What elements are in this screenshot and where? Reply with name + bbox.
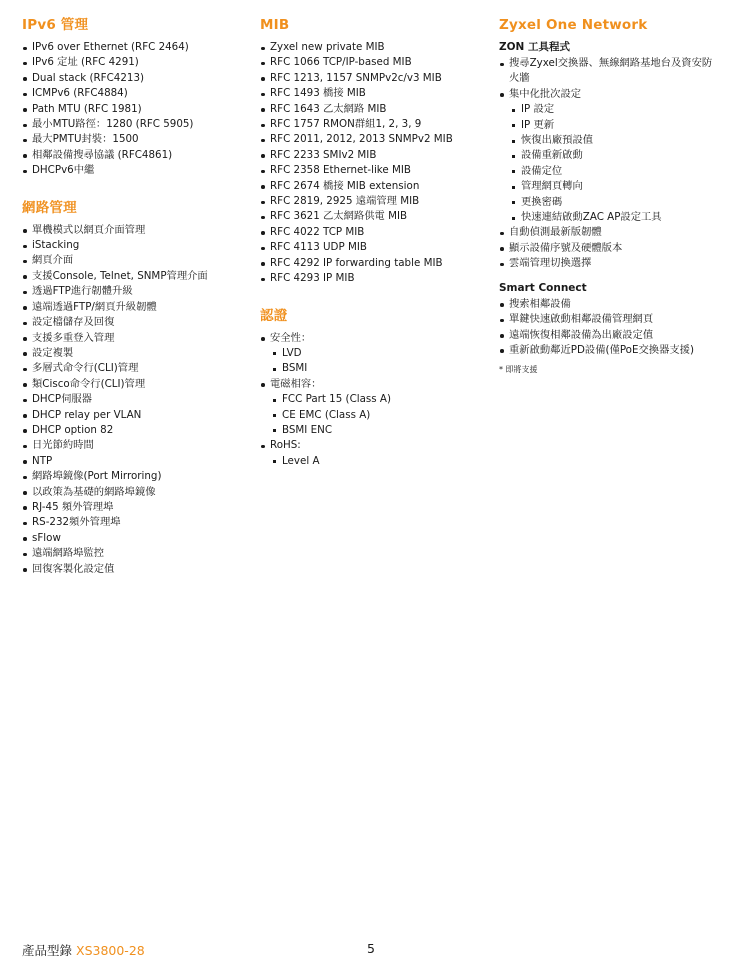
list-item: DHCP option 82 bbox=[22, 423, 247, 438]
list-item: RS-232頻外管理埠 bbox=[22, 515, 247, 530]
column-right: Zyxel One Network ZON 工具程式 搜尋Zyxel交換器、無線… bbox=[499, 16, 734, 376]
list-item: DHCP伺服器 bbox=[22, 392, 247, 407]
list-item: 網路埠鏡像(Port Mirroring) bbox=[22, 469, 247, 484]
certification-list: 安全性： LVD BSMI 電磁相容： FCC Part 15 (Class A… bbox=[260, 331, 485, 470]
list-item: 日光節約時間 bbox=[22, 438, 247, 453]
list-item: RFC 4292 IP forwarding table MIB bbox=[260, 256, 485, 271]
list-item: RFC 1213, 1157 SNMPv2c/v3 MIB bbox=[260, 71, 485, 86]
sub-list-item: IP 設定 bbox=[499, 102, 734, 117]
list-item: DHCPv6中繼 bbox=[22, 163, 247, 178]
section-title-zon: Zyxel One Network bbox=[499, 16, 734, 34]
list-item: DHCP relay per VLAN bbox=[22, 408, 247, 423]
sub-list-item: IP 更新 bbox=[499, 118, 734, 133]
list-item: RFC 2358 Ethernet-like MIB bbox=[260, 163, 485, 178]
sub-list-item: FCC Part 15 (Class A) bbox=[260, 392, 485, 407]
list-item: RFC 1066 TCP/IP-based MIB bbox=[260, 55, 485, 70]
section-title-certification: 認證 bbox=[260, 307, 485, 325]
sub-list-item: 更換密碼 bbox=[499, 195, 734, 210]
list-item: 雲端管理切換選擇 bbox=[499, 256, 734, 271]
sub-list-item: BSMI bbox=[260, 361, 485, 376]
list-item: Dual stack (RFC4213) bbox=[22, 71, 247, 86]
sub-list-item: BSMI ENC bbox=[260, 423, 485, 438]
list-item: RFC 1643 乙太網路 MIB bbox=[260, 102, 485, 117]
smart-connect-list: 搜索相鄰設備 單鍵快速啟動相鄰設備管理網頁 遠端恢復相鄰設備為出廠設定值 重新啟… bbox=[499, 297, 734, 359]
list-item: 搜索相鄰設備 bbox=[499, 297, 734, 312]
list-item: 單機模式以網頁介面管理 bbox=[22, 223, 247, 238]
list-item: 重新啟動鄰近PD設備(僅PoE交換器支援) bbox=[499, 343, 734, 358]
sub-list-item: Level A bbox=[260, 454, 485, 469]
list-item: 集中化批次設定 bbox=[499, 87, 734, 102]
column-left: IPv6 管理 IPv6 over Ethernet (RFC 2464) IP… bbox=[22, 16, 247, 577]
list-item: Zyxel new private MIB bbox=[260, 40, 485, 55]
sub-list-item: 恢復出廠預設值 bbox=[499, 133, 734, 148]
list-item: RFC 4293 IP MIB bbox=[260, 271, 485, 286]
list-item: RFC 3621 乙太網路供電 MIB bbox=[260, 209, 485, 224]
sub-list-item: 管理網頁轉向 bbox=[499, 179, 734, 194]
section-title-ipv6: IPv6 管理 bbox=[22, 16, 247, 34]
sub-list-item: 設備重新啟動 bbox=[499, 148, 734, 163]
list-item-emc: 電磁相容： bbox=[260, 377, 485, 392]
list-item: 透過FTP進行韌體升級 bbox=[22, 284, 247, 299]
list-item: RFC 2819, 2925 遠端管理 MIB bbox=[260, 194, 485, 209]
footer-product-label: 產品型錄 XS3800-28 bbox=[22, 941, 145, 959]
list-item: RFC 1493 橋接 MIB bbox=[260, 86, 485, 101]
list-item: 自動偵測最新版韌體 bbox=[499, 225, 734, 240]
list-item: 遠端恢復相鄰設備為出廠設定值 bbox=[499, 328, 734, 343]
list-item: iStacking bbox=[22, 238, 247, 253]
list-item: RFC 2011, 2012, 2013 SNMPv2 MIB bbox=[260, 132, 485, 147]
list-item: 遠端網路埠監控 bbox=[22, 546, 247, 561]
list-item: 多層式命令行(CLI)管理 bbox=[22, 361, 247, 376]
sub-list-item: 設備定位 bbox=[499, 164, 734, 179]
list-item: 回復客製化設定值 bbox=[22, 562, 247, 577]
list-item: 搜尋Zyxel交換器、無線網路基地台及資安防火牆 bbox=[499, 56, 719, 87]
footnote: * 即將支援 bbox=[499, 364, 734, 376]
list-item: ICMPv6 (RFC4884) bbox=[22, 86, 247, 101]
catalog-label: 產品型錄 bbox=[22, 943, 72, 958]
list-item: 以政策為基礎的網路埠鏡像 bbox=[22, 485, 247, 500]
subsection-title-smart-connect: Smart Connect bbox=[499, 281, 734, 296]
list-item: 最小MTU路徑：1280 (RFC 5905) bbox=[22, 117, 247, 132]
sub-list-item: LVD bbox=[260, 346, 485, 361]
zon-list: 搜尋Zyxel交換器、無線網路基地台及資安防火牆 集中化批次設定 IP 設定 I… bbox=[499, 56, 734, 272]
list-item: NTP bbox=[22, 454, 247, 469]
list-item: 相鄰設備搜尋協議 (RFC4861) bbox=[22, 148, 247, 163]
list-item: 遠端透過FTP/網頁升級韌體 bbox=[22, 300, 247, 315]
ipv6-list: IPv6 over Ethernet (RFC 2464) IPv6 定址 (R… bbox=[22, 40, 247, 179]
list-item: 網頁介面 bbox=[22, 253, 247, 268]
list-item: IPv6 定址 (RFC 4291) bbox=[22, 55, 247, 70]
list-item: sFlow bbox=[22, 531, 247, 546]
list-item: 單鍵快速啟動相鄰設備管理網頁 bbox=[499, 312, 734, 327]
model-number: XS3800-28 bbox=[76, 943, 145, 958]
list-item: RFC 4022 TCP MIB bbox=[260, 225, 485, 240]
section-title-network-mgmt: 網路管理 bbox=[22, 199, 247, 217]
list-item: 最大PMTU封裝：1500 bbox=[22, 132, 247, 147]
list-item: 顯示設備序號及硬體版本 bbox=[499, 241, 734, 256]
list-item-rohs: RoHS: bbox=[260, 438, 485, 453]
network-mgmt-list: 單機模式以網頁介面管理 iStacking 網頁介面 支援Console, Te… bbox=[22, 223, 247, 577]
list-item: 類Cisco命令行(CLI)管理 bbox=[22, 377, 247, 392]
page-number: 5 bbox=[367, 941, 375, 956]
list-item: RJ-45 頻外管理埠 bbox=[22, 500, 247, 515]
sub-list-item: 快速連結啟動ZAC AP設定工具 bbox=[499, 210, 734, 225]
list-item-safety: 安全性： bbox=[260, 331, 485, 346]
mib-list: Zyxel new private MIB RFC 1066 TCP/IP-ba… bbox=[260, 40, 485, 287]
list-item: Path MTU (RFC 1981) bbox=[22, 102, 247, 117]
column-middle: MIB Zyxel new private MIB RFC 1066 TCP/I… bbox=[260, 16, 485, 469]
list-item: 支援多重登入管理 bbox=[22, 331, 247, 346]
list-item: 設定檔儲存及回復 bbox=[22, 315, 247, 330]
list-item: 支援Console, Telnet, SNMP管理介面 bbox=[22, 269, 247, 284]
list-item: 設定複製 bbox=[22, 346, 247, 361]
list-item: IPv6 over Ethernet (RFC 2464) bbox=[22, 40, 247, 55]
list-item: RFC 4113 UDP MIB bbox=[260, 240, 485, 255]
list-item: RFC 1757 RMON群組1, 2, 3, 9 bbox=[260, 117, 485, 132]
list-item: RFC 2674 橋接 MIB extension bbox=[260, 179, 485, 194]
subsection-title-zon-utility: ZON 工具程式 bbox=[499, 40, 734, 55]
list-item: RFC 2233 SMIv2 MIB bbox=[260, 148, 485, 163]
section-title-mib: MIB bbox=[260, 16, 485, 34]
sub-list-item: CE EMC (Class A) bbox=[260, 408, 485, 423]
